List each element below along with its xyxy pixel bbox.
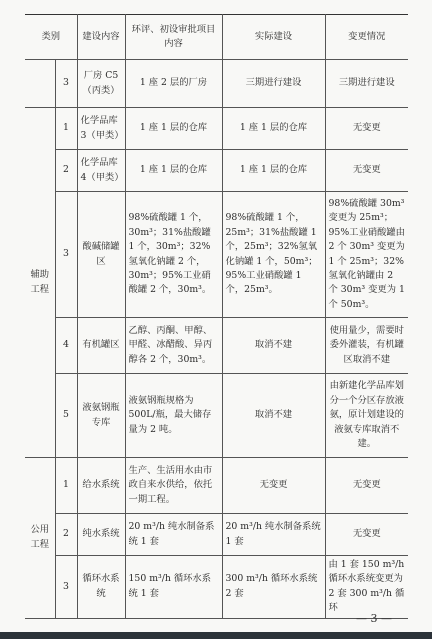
row-number: 3 xyxy=(55,556,77,619)
page-number: — 3 — xyxy=(356,612,392,625)
change-cell: 由新建化学品库划分一个分区存放液氨，原计划建设的液氨专库取消不建。 xyxy=(325,374,408,458)
content-cell: 给水系统 xyxy=(77,458,125,514)
content-cell: 化学品库 3（甲类） xyxy=(77,108,125,150)
content-cell: 化学品库 4（甲类） xyxy=(77,150,125,192)
table-header-row: 类别 建设内容 环评、初设审批项目内容 实际建设 变更情况 xyxy=(25,15,408,60)
document-page: 类别 建设内容 环评、初设审批项目内容 实际建设 变更情况 3 厂房 C5（丙类… xyxy=(0,0,432,632)
change-cell: 无变更 xyxy=(325,514,408,556)
approved-cell: 20 m³/h 纯水制备系统 1 套 xyxy=(125,514,222,556)
actual-cell: 98%硫酸罐 1 个，25m³；31%盐酸罐 1 个，25m³；32%氢氧化钠罐… xyxy=(222,192,325,318)
category-cell xyxy=(25,60,55,108)
approved-cell: 1 座 2 层的厂房 xyxy=(125,60,222,108)
table-row: 4 有机罐区 乙醇、丙酮、甲醇、甲醛、冰醋酸、异丙醇各 2 个，30m³。 取消… xyxy=(25,318,408,374)
approved-cell: 1 座 1 层的仓库 xyxy=(125,108,222,150)
actual-cell: 1 座 1 层的仓库 xyxy=(222,108,325,150)
actual-cell: 20 m³/h 纯水制备系统 1 套 xyxy=(222,514,325,556)
row-number: 2 xyxy=(55,150,77,192)
table-row: 2 化学品库 4（甲类） 1 座 1 层的仓库 1 座 1 层的仓库 无变更 xyxy=(25,150,408,192)
content-cell: 厂房 C5（丙类） xyxy=(77,60,125,108)
content-cell: 酸碱储罐区 xyxy=(77,192,125,318)
content-cell: 有机罐区 xyxy=(77,318,125,374)
header-change: 变更情况 xyxy=(325,15,408,60)
actual-cell: 取消不建 xyxy=(222,374,325,458)
actual-cell: 无变更 xyxy=(222,458,325,514)
change-cell: 98%硫酸罐 30m³ 变更为 25m³；95%工业硝酸罐由 2 个 30m³ … xyxy=(325,192,408,318)
category-cell: 辅助工程 xyxy=(25,108,55,458)
approved-cell: 液氨钢瓶规格为 500L/瓶，最大储存量为 2 吨。 xyxy=(125,374,222,458)
approved-cell: 1 座 1 层的仓库 xyxy=(125,150,222,192)
table-row: 公用工程 1 给水系统 生产、生活用水由市政自来水供给，依托一期工程。 无变更 … xyxy=(25,458,408,514)
table-row: 2 纯水系统 20 m³/h 纯水制备系统 1 套 20 m³/h 纯水制备系统… xyxy=(25,514,408,556)
change-cell: 三期进行建设 xyxy=(325,60,408,108)
content-cell: 纯水系统 xyxy=(77,514,125,556)
row-number: 3 xyxy=(55,60,77,108)
row-number: 1 xyxy=(55,458,77,514)
actual-cell: 1 座 1 层的仓库 xyxy=(222,150,325,192)
approved-cell: 150 m³/h 循环水系统 1 套 xyxy=(125,556,222,619)
category-cell: 公用工程 xyxy=(25,458,55,619)
change-cell: 无变更 xyxy=(325,150,408,192)
header-actual: 实际建设 xyxy=(222,15,325,60)
row-number: 3 xyxy=(55,192,77,318)
content-cell: 液氨钢瓶专库 xyxy=(77,374,125,458)
header-approved: 环评、初设审批项目内容 xyxy=(125,15,222,60)
change-cell: 使用量少，需要时委外灌装，有机罐区取消不建 xyxy=(325,318,408,374)
change-cell: 无变更 xyxy=(325,108,408,150)
approved-cell: 乙醇、丙酮、甲醇、甲醛、冰醋酸、异丙醇各 2 个，30m³。 xyxy=(125,318,222,374)
table-row: 3 厂房 C5（丙类） 1 座 2 层的厂房 三期进行建设 三期进行建设 xyxy=(25,60,408,108)
actual-cell: 300 m³/h 循环水系统 2 套 xyxy=(222,556,325,619)
construction-changes-table: 类别 建设内容 环评、初设审批项目内容 实际建设 变更情况 3 厂房 C5（丙类… xyxy=(25,14,408,619)
actual-cell: 三期进行建设 xyxy=(222,60,325,108)
row-number: 1 xyxy=(55,108,77,150)
row-number: 2 xyxy=(55,514,77,556)
table-row: 3 酸碱储罐区 98%硫酸罐 1 个，30m³；31%盐酸罐 1 个，30m³；… xyxy=(25,192,408,318)
table-row: 辅助工程 1 化学品库 3（甲类） 1 座 1 层的仓库 1 座 1 层的仓库 … xyxy=(25,108,408,150)
table-row: 5 液氨钢瓶专库 液氨钢瓶规格为 500L/瓶，最大储存量为 2 吨。 取消不建… xyxy=(25,374,408,458)
change-cell: 由 1 套 150 m³/h 循环水系统变更为 2 套 300 m³/h 循环 xyxy=(325,556,408,619)
approved-cell: 98%硫酸罐 1 个，30m³；31%盐酸罐 1 个，30m³；32%氢氧化钠罐… xyxy=(125,192,222,318)
scan-edge xyxy=(0,632,432,639)
change-cell: 无变更 xyxy=(325,458,408,514)
header-content: 建设内容 xyxy=(77,15,125,60)
row-number: 5 xyxy=(55,374,77,458)
content-cell: 循环水系统 xyxy=(77,556,125,619)
row-number: 4 xyxy=(55,318,77,374)
actual-cell: 取消不建 xyxy=(222,318,325,374)
table-row: 3 循环水系统 150 m³/h 循环水系统 1 套 300 m³/h 循环水系… xyxy=(25,556,408,619)
approved-cell: 生产、生活用水由市政自来水供给，依托一期工程。 xyxy=(125,458,222,514)
header-category: 类别 xyxy=(25,15,77,60)
